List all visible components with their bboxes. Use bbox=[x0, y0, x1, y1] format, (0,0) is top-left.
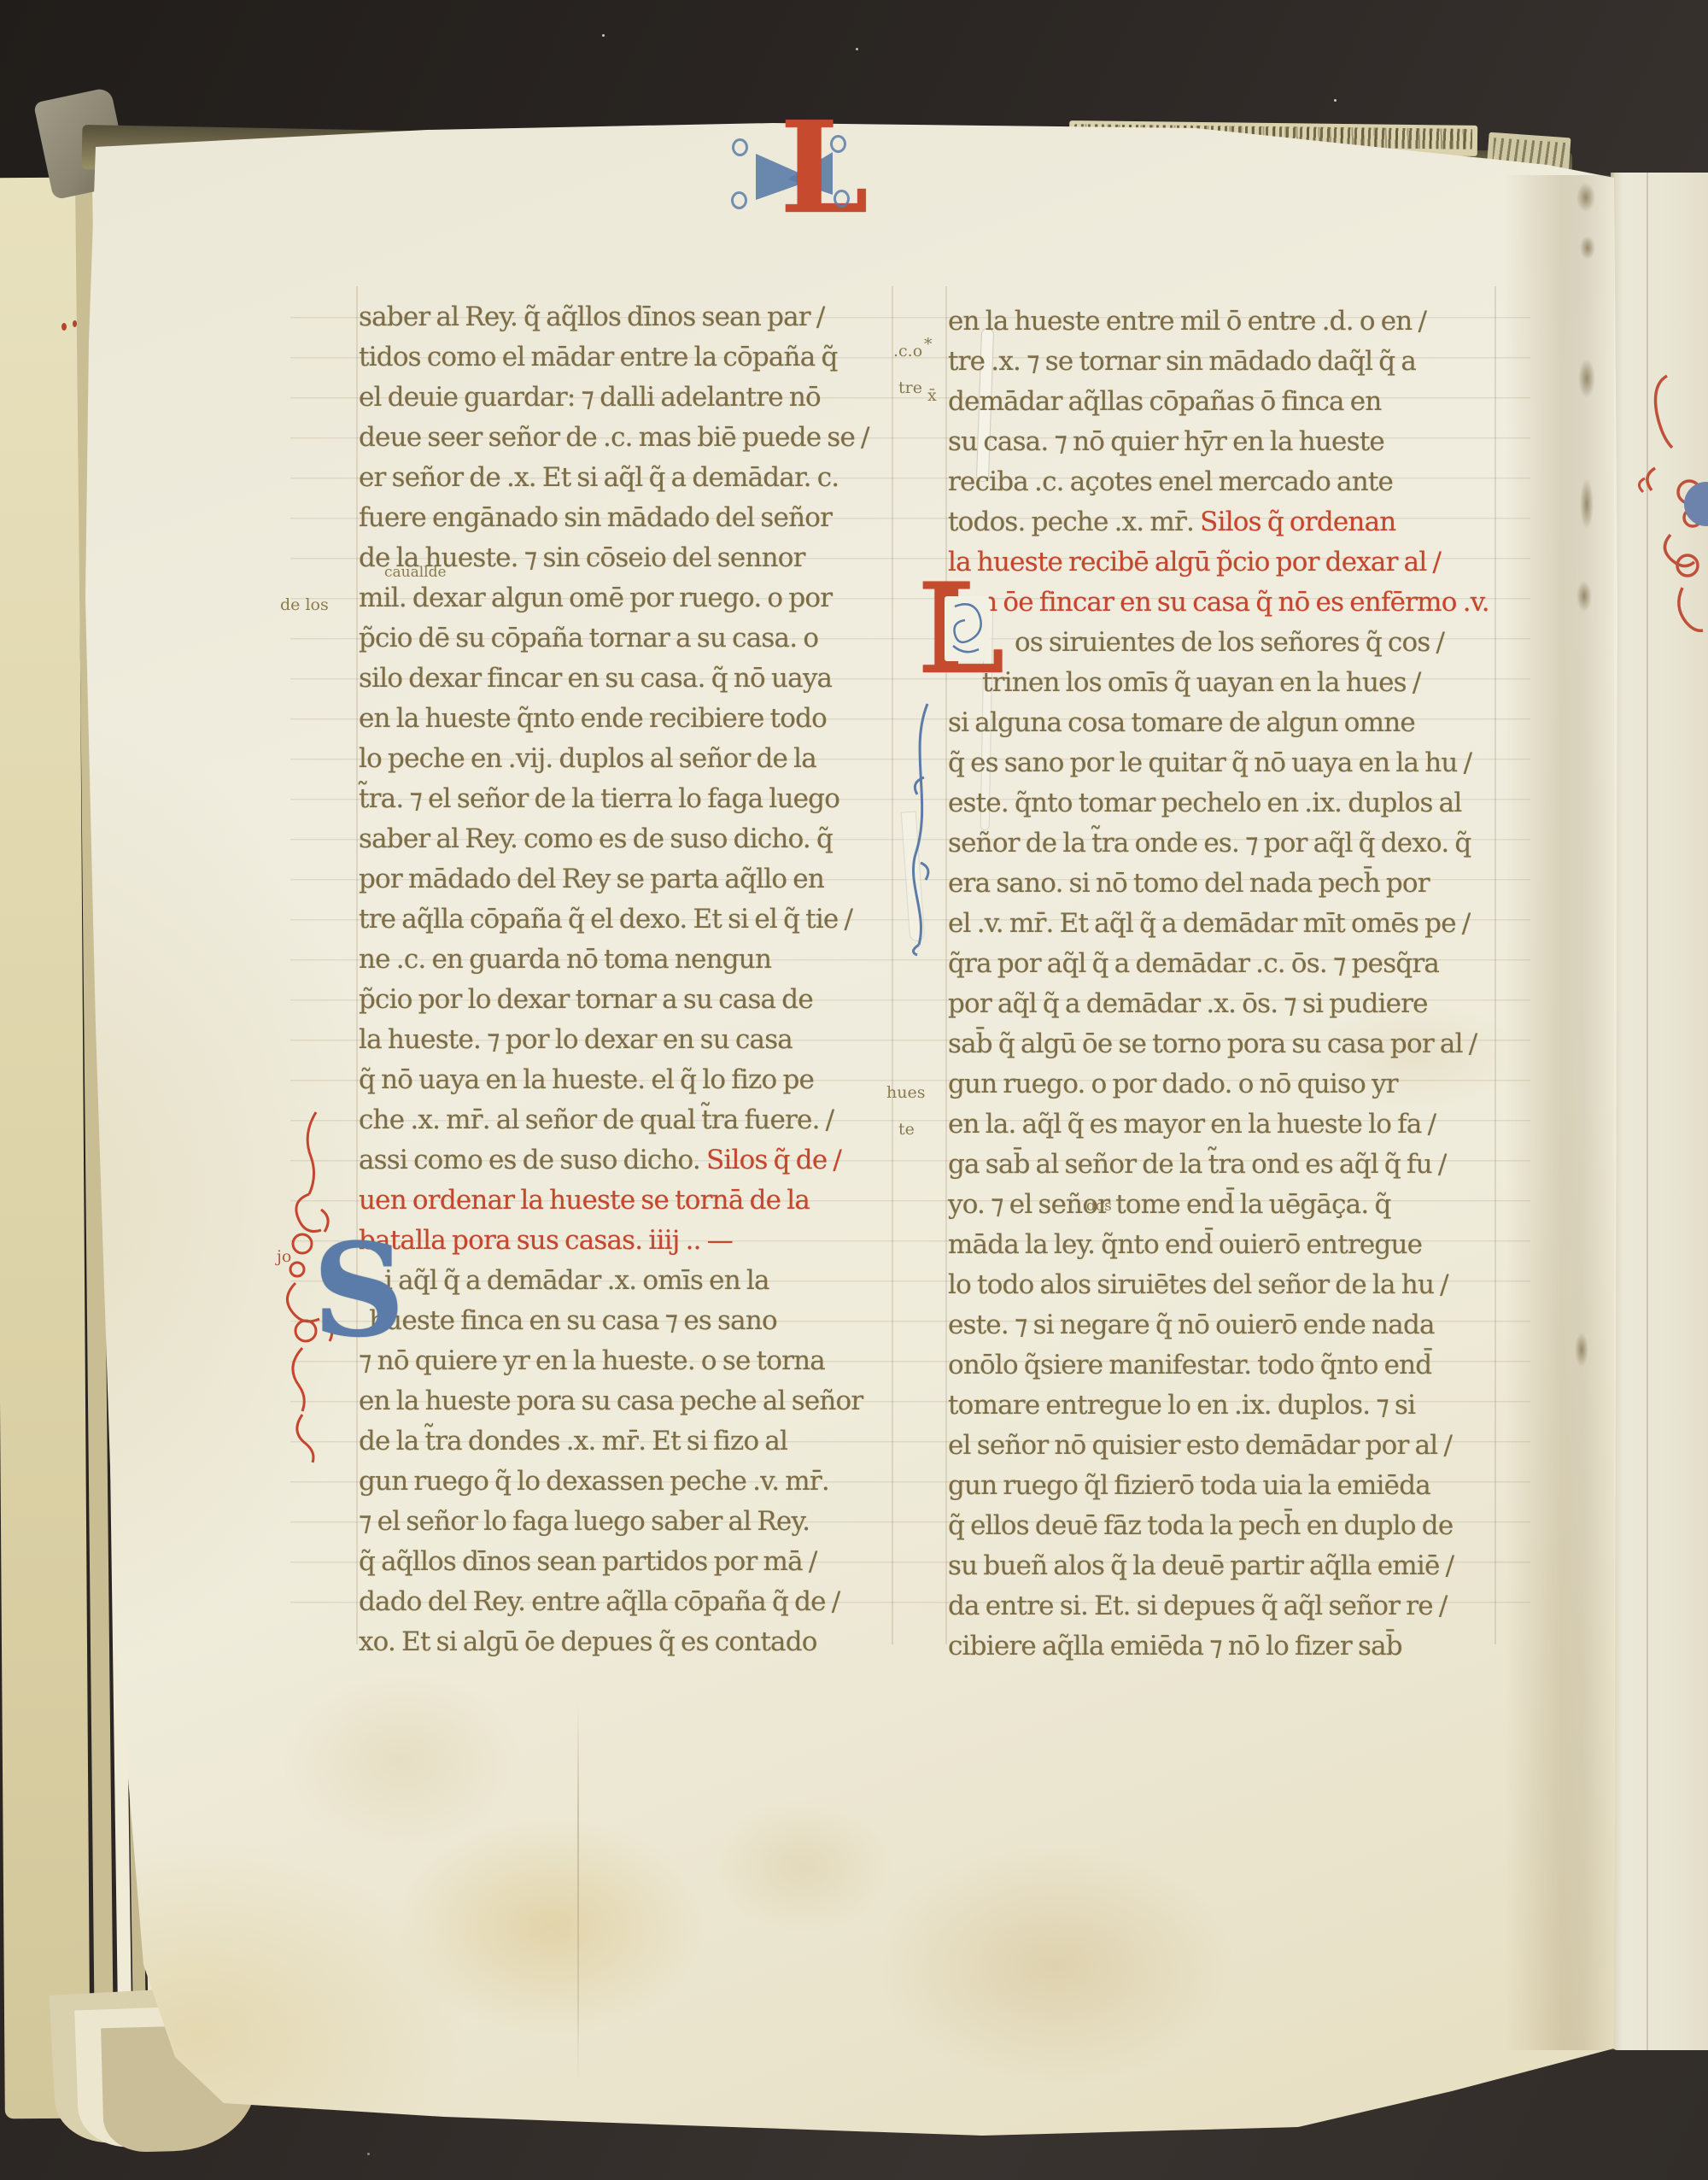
text-line: en la hueste q̃nto ende recibiere todo bbox=[359, 699, 948, 739]
text-line: la hueste recibē algū p̃cio por dexar … bbox=[948, 542, 1537, 583]
manuscript-photo: L saber al Rey. q̃ aq̃llos dīnos sean p… bbox=[0, 0, 1708, 2180]
text-line: deue seer señor de .c. mas biē puede se… bbox=[359, 418, 948, 458]
body-text: su bueñ alos q̃ la deuē partir aq̃lla e… bbox=[948, 1550, 1454, 1581]
text-line: en la. aq̃l q̃ es mayor en la hueste lo … bbox=[948, 1105, 1537, 1145]
text-line: ne .c. en guarda nō toma nengun bbox=[359, 940, 948, 980]
text-line: ⁊ nō quiere yr en la hueste. o se torna bbox=[359, 1341, 948, 1381]
rubric-text: uen ordenar la hueste se tornā de la bbox=[359, 1185, 810, 1216]
body-text: demādar aq̃llas cōpañas ō finca en bbox=[948, 386, 1382, 417]
text-line: os siruientes de los señores q̃ cos / bbox=[948, 623, 1537, 663]
text-line: p̃cio dē su cōpaña tornar a su casa. o bbox=[359, 618, 948, 659]
text-line: en la hueste pora su casa peche al señor bbox=[359, 1381, 948, 1421]
body-text: en la hueste q̃nto ende recibiere todo bbox=[359, 703, 827, 734]
text-line: gun ruego q̃ lo dexassen peche .v. mr̄. bbox=[359, 1462, 948, 1502]
text-line: demādar aq̃llas cōpañas ō finca en bbox=[948, 382, 1537, 422]
text-line: q̃ra por aq̃l q̃ a demādar .c. ōs. ⁊ p… bbox=[948, 944, 1537, 984]
text-line: el señor nō quisier esto demādar por a… bbox=[948, 1426, 1537, 1466]
gutter-stain bbox=[1576, 581, 1592, 612]
body-text: gun ruego q̃l fizierō toda uia la emiē… bbox=[948, 1470, 1430, 1501]
initial-letter-s: S bbox=[313, 1227, 405, 1355]
interlinear-gloss: cauallde bbox=[384, 564, 447, 581]
rubric-text: batalla pora sus casas. iiij .. — bbox=[359, 1225, 733, 1256]
body-text: si alguna cosa tomare de algun omne bbox=[948, 707, 1415, 738]
text-line: reciba .c. açotes enel mercado ante bbox=[948, 462, 1537, 502]
text-line: si alguna cosa tomare de algun omne bbox=[948, 703, 1537, 743]
body-text: silo dexar fincar en su casa. q̃ nō uay… bbox=[359, 663, 832, 694]
text-line: assi como es de suso dicho. Silos q̃ de … bbox=[359, 1140, 948, 1181]
rubric-text: gun ōe fincar en su casa q̃ nō es enfe… bbox=[948, 587, 1489, 618]
body-text: xo. Et si algū ōe depues q̃ es contado bbox=[359, 1626, 817, 1657]
body-text: er señor de .x. Et si aq̃l q̃ a demādar… bbox=[359, 462, 839, 493]
body-text: yo. ⁊ el señor tome end̄ la uēgāça. q̃ bbox=[948, 1189, 1390, 1220]
text-line: fuere engānado sin mādado del señor bbox=[359, 498, 948, 538]
text-line: onōlo q̃siere manifestar. todo q̃nto en… bbox=[948, 1345, 1537, 1386]
text-line: el .v. mr̄. Et aq̃l q̃ a demādar mīt o… bbox=[948, 904, 1537, 944]
crease-line bbox=[577, 1700, 579, 2084]
text-line: uen ordenar la hueste se tornā de la bbox=[359, 1181, 948, 1221]
text-line: che .x. mr̄. al señor de qual t̃ra fuere… bbox=[359, 1100, 948, 1140]
dust-speck bbox=[1334, 99, 1337, 102]
next-page-edge bbox=[1611, 173, 1708, 2050]
gutter-stain bbox=[1580, 478, 1594, 530]
text-line: da entre si. Et. si depues q̃ aq̃l señor… bbox=[948, 1586, 1537, 1626]
text-line: de la hueste. ⁊ sin cōseio del sennor bbox=[359, 538, 948, 578]
initial-l-descender bbox=[898, 700, 945, 957]
body-text: el señor nō quisier esto demādar por a… bbox=[948, 1430, 1452, 1461]
body-text: la hueste. ⁊ por lo dexar en su casa bbox=[359, 1024, 793, 1055]
text-line: p̃cio por lo dexar tornar a su casa de bbox=[359, 980, 948, 1020]
text-line: trinen los omīs q̃ uayan en la hues / bbox=[948, 663, 1537, 703]
text-line: gun ōe fincar en su casa q̃ nō es enfe… bbox=[948, 583, 1537, 623]
body-text: ⁊ nō quiere yr en la hueste. o se torna bbox=[359, 1345, 825, 1376]
text-line: su bueñ alos q̃ la deuē partir aq̃lla e… bbox=[948, 1546, 1537, 1586]
body-text: sab̄ q̃ algū ōe se torno pora su casa … bbox=[948, 1028, 1477, 1059]
body-text: māda la ley. q̃nto end̄ ouierō entregu… bbox=[948, 1229, 1422, 1260]
body-text: señor de la t̃ra onde es. ⁊ por aq̃l q̃ … bbox=[948, 828, 1471, 859]
body-text: todos. peche .x. mr̄. bbox=[948, 507, 1200, 537]
gutter-stain bbox=[1578, 359, 1595, 398]
next-page-initial-ornament bbox=[1611, 367, 1708, 658]
text-line: de la t̃ra dondes .x. mr̄. Et si fizo al bbox=[359, 1421, 948, 1462]
dust-speck bbox=[602, 34, 605, 37]
body-text: el .v. mr̄. Et aq̃l q̃ a demādar mīt o… bbox=[948, 908, 1470, 939]
blue-ring-ornament bbox=[834, 190, 850, 208]
text-line: lo todo alos siruiētes del señor de la … bbox=[948, 1265, 1537, 1305]
right-column: en la hueste entre mil ō entre .d. o en… bbox=[948, 302, 1537, 1667]
text-line: señor de la t̃ra onde es. ⁊ por aq̃l q̃ … bbox=[948, 823, 1537, 864]
page-edge-strip bbox=[0, 178, 91, 2119]
blue-ring-ornament bbox=[830, 135, 846, 153]
text-line: era sano. si nō tomo del nada pech̄ por bbox=[948, 864, 1537, 904]
text-line: este. ⁊ si negare q̃ nō ouierō ende na… bbox=[948, 1305, 1537, 1345]
text-line: saber al Rey. como es de suso dicho. q̃ bbox=[359, 819, 948, 859]
body-text: el deuie guardar: ⁊ dalli adelantre nō bbox=[359, 382, 821, 413]
gutter-stain bbox=[1580, 236, 1595, 260]
margin-note: .c.o bbox=[893, 342, 922, 360]
body-text: lo peche en .vij. duplos al señor de la bbox=[359, 743, 816, 774]
text-line: mil. dexar algun omē por ruego. o por bbox=[359, 578, 948, 618]
text-line: tomare entregue lo en .ix. duplos. ⁊ si bbox=[948, 1386, 1537, 1426]
text-line: i aq̃l q̃ a demādar .x. omīs en la bbox=[359, 1261, 948, 1301]
text-line: yo. ⁊ el señor tome end̄ la uēgāça. q̃ bbox=[948, 1185, 1537, 1225]
margin-note: hues bbox=[886, 1083, 925, 1102]
text-line: ga sab̄ al señor de la t̃ra ond es aq̃l … bbox=[948, 1145, 1537, 1185]
margin-note: x̄ bbox=[927, 386, 937, 405]
interlinear-gloss: dos bbox=[1086, 1198, 1112, 1215]
body-text: tre aq̃lla cōpaña q̃ el dexo. Et si el … bbox=[359, 904, 852, 935]
text-line: tre .x. ⁊ se tornar sin mādado daq̃l q̃… bbox=[948, 342, 1537, 382]
margin-note: de los bbox=[280, 595, 329, 614]
body-text: p̃cio dē su cōpaña tornar a su casa. o bbox=[359, 623, 818, 653]
body-text: onōlo q̃siere manifestar. todo q̃nto en… bbox=[948, 1350, 1431, 1380]
text-line: todos. peche .x. mr̄. Silos q̃ ordenan bbox=[948, 502, 1537, 542]
body-text: q̃ ellos deuē fāz toda la pech̄ en dup… bbox=[948, 1510, 1453, 1541]
body-text: p̃cio por lo dexar tornar a su casa de bbox=[359, 984, 813, 1015]
text-line: batalla pora sus casas. iiij .. — bbox=[359, 1221, 948, 1261]
text-line: por mādado del Rey se parta aq̃llo en bbox=[359, 859, 948, 900]
text-line: por aq̃l q̃ a demādar .x. ōs. ⁊ si pud… bbox=[948, 984, 1537, 1024]
body-text: en la hueste entre mil ō entre .d. o en… bbox=[948, 306, 1426, 337]
rubric-text: Silos q̃ de / bbox=[706, 1145, 841, 1175]
body-text: por mādado del Rey se parta aq̃llo en bbox=[359, 864, 824, 894]
body-text: fuere engānado sin mādado del señor bbox=[359, 502, 832, 533]
body-text: saber al Rey. q̃ aq̃llos dīnos sean par… bbox=[359, 302, 825, 332]
text-line: sab̄ q̃ algū ōe se torno pora su casa … bbox=[948, 1024, 1537, 1064]
body-text: dado del Rey. entre aq̃lla cōpaña q̃ de… bbox=[359, 1586, 839, 1617]
body-text: gun ruego q̃ lo dexassen peche .v. mr̄. bbox=[359, 1466, 829, 1497]
text-line: tre aq̃lla cōpaña q̃ el dexo. Et si el … bbox=[359, 900, 948, 940]
body-text: t̃ra. ⁊ el señor de la tierra lo faga lu… bbox=[359, 783, 839, 814]
gutter-stain bbox=[1575, 1333, 1588, 1367]
text-line: hueste finca en su casa ⁊ es sano bbox=[359, 1301, 948, 1341]
body-text: ne .c. en guarda nō toma nengun bbox=[359, 944, 771, 975]
text-line: este. q̃nto tomar pechelo en .ix. duplos… bbox=[948, 783, 1537, 823]
body-text: mil. dexar algun omē por ruego. o por bbox=[359, 583, 832, 613]
text-line: en la hueste entre mil ō entre .d. o en… bbox=[948, 302, 1537, 342]
margin-note: tre bbox=[898, 378, 922, 397]
text-line: dado del Rey. entre aq̃lla cōpaña q̃ de… bbox=[359, 1582, 948, 1622]
text-line: q̃ es sano por le quitar q̃ nō uaya en … bbox=[948, 743, 1537, 783]
body-text: ⁊ el señor lo faga luego saber al Rey. bbox=[359, 1506, 810, 1537]
body-text: gun ruego. o por dado. o nō quiso yr bbox=[948, 1069, 1398, 1099]
body-text: por aq̃l q̃ a demādar .x. ōs. ⁊ si pud… bbox=[948, 988, 1428, 1019]
body-text: tidos como el mādar entre la cōpaña q̃ bbox=[359, 342, 838, 372]
dust-speck bbox=[367, 2153, 370, 2155]
body-text: de la t̃ra dondes .x. mr̄. Et si fizo al bbox=[359, 1426, 787, 1456]
margin-note: * bbox=[924, 335, 933, 354]
folio-letter: L bbox=[780, 104, 869, 231]
body-text: tomare entregue lo en .ix. duplos. ⁊ si bbox=[948, 1390, 1415, 1421]
text-line: el deuie guardar: ⁊ dalli adelantre nō bbox=[359, 378, 948, 418]
text-line: q̃ aq̃llos dīnos sean partidos por mā … bbox=[359, 1542, 948, 1582]
body-text: q̃ aq̃llos dīnos sean partidos por mā … bbox=[359, 1546, 817, 1577]
red-speck bbox=[61, 323, 67, 331]
body-text: hueste finca en su casa ⁊ es sano bbox=[369, 1305, 777, 1336]
body-text: reciba .c. açotes enel mercado ante bbox=[948, 466, 1393, 497]
body-text: tre .x. ⁊ se tornar sin mādado daq̃l q̃… bbox=[948, 346, 1416, 377]
vertical-rule bbox=[356, 286, 358, 1644]
body-text: saber al Rey. como es de suso dicho. q̃ bbox=[359, 823, 833, 854]
body-text: q̃ nō uaya en la hueste. el q̃ lo fizo … bbox=[359, 1064, 814, 1095]
body-text: assi como es de suso dicho. bbox=[359, 1145, 706, 1175]
gutter-stain bbox=[1576, 183, 1595, 212]
dust-speck bbox=[856, 48, 858, 50]
body-text: deue seer señor de .c. mas biē puede se… bbox=[359, 422, 869, 453]
body-text: che .x. mr̄. al señor de qual t̃ra fuere… bbox=[359, 1105, 834, 1135]
text-line: cibiere aq̃lla emiēda ⁊ nō lo fizer sa… bbox=[948, 1626, 1537, 1667]
body-text: trinen los omīs q̃ uayan en la hues / bbox=[982, 667, 1420, 698]
text-line: gun ruego q̃l fizierō toda uia la emiē… bbox=[948, 1466, 1537, 1506]
text-line: er señor de .x. Et si aq̃l q̃ a demādar… bbox=[359, 458, 948, 498]
body-text: ga sab̄ al señor de la t̃ra ond es aq̃l … bbox=[948, 1149, 1447, 1180]
body-text: os siruientes de los señores q̃ cos / bbox=[1015, 627, 1444, 658]
text-line: su casa. ⁊ nō quier hȳr en la hueste bbox=[948, 422, 1537, 462]
body-text: da entre si. Et. si depues q̃ aq̃l señor… bbox=[948, 1591, 1448, 1621]
text-line: q̃ ellos deuē fāz toda la pech̄ en dup… bbox=[948, 1506, 1537, 1546]
text-line: ⁊ el señor lo faga luego saber al Rey. bbox=[359, 1502, 948, 1542]
body-text: este. q̃nto tomar pechelo en .ix. duplos… bbox=[948, 788, 1461, 818]
text-line: māda la ley. q̃nto end̄ ouierō entregu… bbox=[948, 1225, 1537, 1265]
body-text: en la. aq̃l q̃ es mayor en la hueste lo … bbox=[948, 1109, 1436, 1140]
initial-l-panel-filigree bbox=[945, 596, 989, 661]
rubric-text: la hueste recibē algū p̃cio por dexar … bbox=[948, 547, 1441, 577]
red-speck bbox=[73, 320, 77, 327]
body-text: era sano. si nō tomo del nada pech̄ por bbox=[948, 868, 1430, 899]
body-text: q̃ es sano por le quitar q̃ nō uaya en … bbox=[948, 747, 1471, 778]
body-text: su casa. ⁊ nō quier hȳr en la hueste bbox=[948, 426, 1384, 457]
text-line: t̃ra. ⁊ el señor de la tierra lo faga lu… bbox=[359, 779, 948, 819]
body-text: cibiere aq̃lla emiēda ⁊ nō lo fizer sa… bbox=[948, 1631, 1402, 1661]
text-line: silo dexar fincar en su casa. q̃ nō uay… bbox=[359, 659, 948, 699]
left-column: saber al Rey. q̃ aq̃llos dīnos sean par… bbox=[359, 297, 948, 1662]
text-line: gun ruego. o por dado. o nō quiso yr bbox=[948, 1064, 1537, 1105]
text-line: la hueste. ⁊ por lo dexar en su casa bbox=[359, 1020, 948, 1060]
body-text: en la hueste pora su casa peche al señor bbox=[359, 1386, 863, 1416]
rubric-text: Silos q̃ ordenan bbox=[1200, 507, 1395, 537]
margin-note: te bbox=[898, 1120, 915, 1139]
blue-ring-ornament bbox=[731, 191, 747, 209]
body-text: i aq̃l q̃ a demādar .x. omīs en la bbox=[384, 1265, 769, 1296]
text-line: saber al Rey. q̃ aq̃llos dīnos sean par… bbox=[359, 297, 948, 337]
body-text: q̃ra por aq̃l q̃ a demādar .c. ōs. ⁊ p… bbox=[948, 948, 1439, 979]
margin-note: jo bbox=[277, 1247, 291, 1266]
text-line: tidos como el mādar entre la cōpaña q̃ bbox=[359, 337, 948, 378]
text-line: xo. Et si algū ōe depues q̃ es contado bbox=[359, 1622, 948, 1662]
blue-ring-ornament bbox=[732, 138, 748, 156]
text-line: lo peche en .vij. duplos al señor de la bbox=[359, 739, 948, 779]
body-text: lo todo alos siruiētes del señor de la … bbox=[948, 1269, 1448, 1300]
body-text: este. ⁊ si negare q̃ nō ouierō ende na… bbox=[948, 1310, 1435, 1340]
text-line: q̃ nō uaya en la hueste. el q̃ lo fizo … bbox=[359, 1060, 948, 1100]
